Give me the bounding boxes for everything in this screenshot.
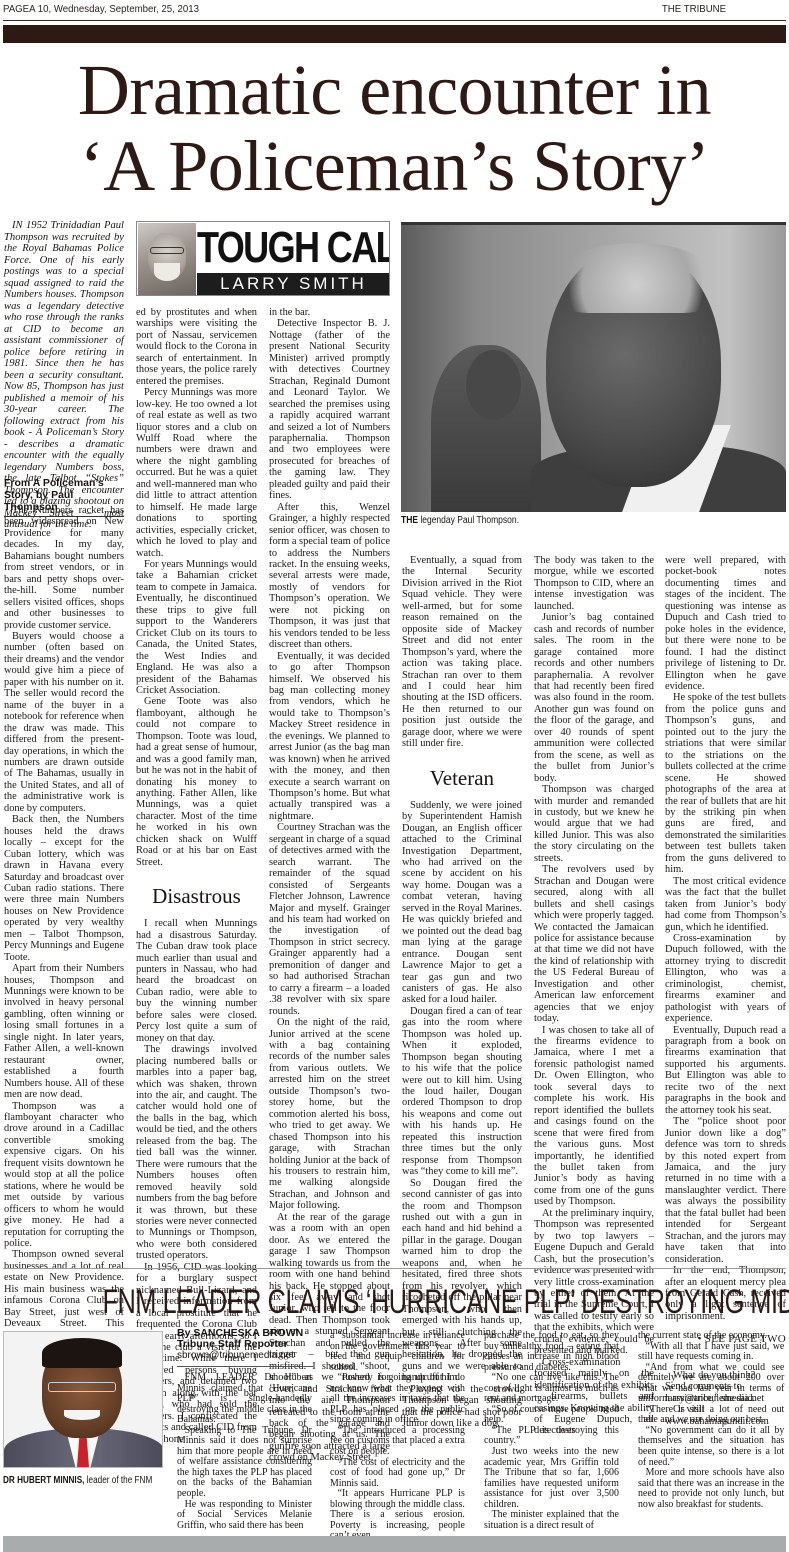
- paragraph: The minister explained that the situatio…: [484, 1510, 619, 1531]
- byline-block: By SANCHESKA BROWN Tribune Staff Reporte…: [177, 1328, 313, 1367]
- paragraph: He spoke of the test bullets from the po…: [665, 692, 786, 875]
- paragraph: FNM LEADER Dr Hubert Minnis claimed that…: [177, 1373, 312, 1426]
- paragraph: Thompson was a flamboyant character who …: [4, 1101, 124, 1250]
- paragraph: The Numbers racket has been widespread o…: [4, 505, 124, 631]
- paragraph: “So of course more people need help.: [484, 1405, 619, 1426]
- paragraph: Back then, the Numbers houses held the d…: [4, 814, 124, 963]
- caption-lead: THE: [401, 515, 418, 526]
- glasses-icon: [48, 1382, 116, 1392]
- minnis-photo-caption: DR HUBERT MINNIS, leader of the FNM: [3, 1474, 152, 1486]
- paragraph: The “police shoot poor Junior down like …: [665, 1116, 786, 1265]
- paragraph: Eventually, a squad from the Internal Se…: [402, 555, 522, 750]
- paragraph: Junior’s bag contained cash and records …: [534, 612, 654, 784]
- paragraph: Thompson was charged with murder and rem…: [534, 784, 654, 864]
- beard-shape: [154, 263, 180, 281]
- section-divider: [3, 1268, 786, 1269]
- paragraph: “No one can live like this. The cost of …: [484, 1373, 619, 1405]
- paragraph: “The introduced a processing fee on cust…: [330, 1426, 465, 1458]
- subhead-veteran: Veteran: [402, 766, 522, 790]
- column-title: TOUGH CALL: [197, 224, 354, 272]
- paragraph: “The PLP is destroying this country.”: [484, 1426, 619, 1447]
- photo-caption: THE legenday Paul Thompson.: [401, 515, 519, 527]
- paragraph: The revolvers used by Strachan and Douga…: [534, 864, 654, 1024]
- minnis-column-1: FNM LEADER Dr Hubert Minnis claimed that…: [177, 1373, 312, 1531]
- paragraph: The most critical evidence was the fact …: [665, 876, 786, 933]
- folio-divider: [3, 20, 786, 21]
- column-logo: TOUGH CALL LARRY SMITH: [136, 221, 390, 296]
- paragraph: I recall when Munnings had a disastrous …: [136, 918, 257, 1044]
- paragraph: He was responding to Minister of Social …: [177, 1500, 312, 1532]
- bottom-gray-bar: [3, 1536, 786, 1552]
- thompson-photo: [401, 222, 786, 512]
- article-column-2: ed by prostitutes and when warships were…: [136, 307, 257, 1445]
- page-folio: PAGEA 10, Wednesday, September, 25, 2013…: [3, 3, 789, 17]
- paragraph: On the night of the raid, Junior arrived…: [269, 1017, 390, 1212]
- minnis-column-2: a “substantial increase in reliance on t…: [330, 1331, 465, 1542]
- paragraph: Suddenly, we were joined by Superintende…: [402, 800, 522, 1006]
- folio-date: PAGEA 10, Wednesday, September, 25, 2013: [3, 3, 199, 17]
- smile-shape: [64, 1410, 100, 1420]
- main-headline-line1: Dramatic encounter in: [0, 52, 789, 128]
- paragraph: More and more schools have also said tha…: [638, 1468, 784, 1510]
- minnis-column-3: purchase the food to eat, so they buy un…: [484, 1331, 619, 1531]
- minnis-column-4: the current state of the economy. “With …: [638, 1331, 784, 1510]
- paragraph: Courtney Strachan was the sergeant in ch…: [269, 822, 390, 1017]
- top-color-bar: [3, 25, 786, 43]
- paragraph: Speaking to The Tribune, Dr Minnis said …: [177, 1426, 312, 1500]
- paragraph: The drawings involved placing numbered b…: [136, 1044, 257, 1262]
- paragraph: in the bar.: [269, 307, 390, 318]
- glasses-icon: [150, 247, 184, 254]
- paragraph: Cross-examination by Dupuch followed, wi…: [665, 933, 786, 1025]
- paragraph: For years Munnings would take a Bahamian…: [136, 559, 257, 696]
- caption-role: leader of the FNM: [84, 1474, 152, 1486]
- paragraph: I was chosen to take all of the firearms…: [534, 1025, 654, 1208]
- paragraph: “There is still a lot of need out there …: [638, 1405, 784, 1426]
- paragraph: “It appears Hurricane PLP is blowing thr…: [330, 1489, 465, 1542]
- paragraph: the current state of the economy.: [638, 1331, 784, 1342]
- paragraph: “With all that I have just said, we stil…: [638, 1342, 784, 1363]
- paragraph: Percy Munnings was more low-key. He too …: [136, 387, 257, 559]
- paragraph: Buyers would choose a number (often base…: [4, 631, 124, 814]
- paragraph: Detective Inspector B. J. Nottage (fathe…: [269, 318, 390, 501]
- paragraph: After this, Wenzel Grainger, a highly re…: [269, 502, 390, 651]
- subhead-disastrous: Disastrous: [136, 884, 257, 908]
- hair-shape: [42, 1338, 122, 1368]
- main-headline-line2: ‘A Policeman’s Story’: [0, 128, 789, 204]
- paragraph: purchase the food to eat, so they buy un…: [484, 1331, 619, 1373]
- paragraph: Gene Toote was also flamboyant, although…: [136, 696, 257, 868]
- paragraph: “No government can do it all by themselv…: [638, 1426, 784, 1468]
- background-figure-head: [466, 350, 521, 420]
- byline-role: Tribune Staff Reporter: [177, 1339, 313, 1350]
- columnist-name: LARRY SMITH: [197, 273, 390, 295]
- paragraph: The body was taken to the morgue, while …: [534, 555, 654, 612]
- minnis-photo: [3, 1331, 163, 1468]
- paragraph: “The cost of electricity and the cost of…: [330, 1458, 465, 1490]
- paragraph: Eventually, Dupuch read a paragraph from…: [665, 1025, 786, 1117]
- paragraph: Just two weeks into the new academic yea…: [484, 1447, 619, 1510]
- masthead-name: THE TRIBUNE: [662, 3, 726, 17]
- caption-name: DR HUBERT MINNIS,: [3, 1474, 84, 1486]
- subject-hair: [556, 243, 716, 313]
- paragraph: a “substantial increase in reliance on t…: [330, 1331, 465, 1373]
- paragraph: “Poverty is going up but I do not know w…: [330, 1373, 465, 1426]
- article-column-1: The Numbers racket has been widespread o…: [4, 505, 124, 1398]
- paragraph: were well prepared, with pocket-book not…: [665, 555, 786, 692]
- second-headline: FNM LEADER CLAIMS ‘HURRICANE PLP’ DESTRO…: [103, 1283, 687, 1321]
- paragraph: Dougan fired a can of tear gas into the …: [402, 1006, 522, 1178]
- columnist-photo: [138, 223, 196, 295]
- caption-text: legenday Paul Thompson.: [418, 515, 519, 526]
- paragraph: ed by prostitutes and when warships were…: [136, 307, 257, 387]
- paragraph: “And from what we could see definitely w…: [638, 1363, 784, 1405]
- paragraph: Eventually, it was decided to go after T…: [269, 651, 390, 823]
- paragraph: Apart from their Numbers houses, Thompso…: [4, 963, 124, 1100]
- byline-email-link[interactable]: sbrown@tribunemedia.net: [177, 1350, 313, 1361]
